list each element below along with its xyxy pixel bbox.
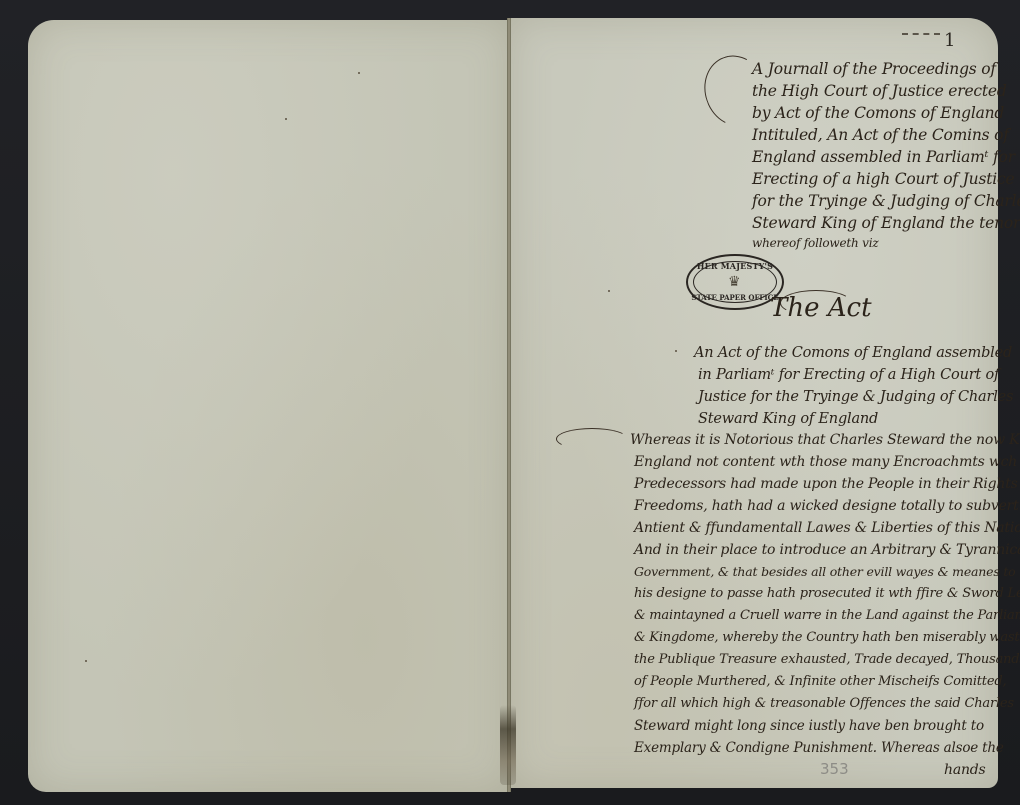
body-line: England not content wth those many Encro… <box>634 454 1020 470</box>
body-line: ffor all which high & treasonable Offenc… <box>634 696 1014 711</box>
body-line: Steward might long since iustly have ben… <box>634 718 984 734</box>
act-heading: The Act <box>770 293 872 323</box>
body-line: Government, & that besides all other evi… <box>634 564 1020 579</box>
title-line: the High Court of Justice erected <box>752 82 1007 100</box>
spine-damage <box>500 705 516 785</box>
paper-speck <box>675 350 677 352</box>
book-spine-gutter <box>507 18 511 792</box>
body-line: & Kingdome, whereby the Country hath ben… <box>634 630 1020 645</box>
act-title-line: An Act of the Comons of England assemble… <box>694 345 1012 361</box>
body-line: Freedoms, hath had a wicked designe tota… <box>634 498 1020 514</box>
body-line: the Publique Treasure exhausted, Trade d… <box>634 652 1020 667</box>
paper-speck <box>608 290 610 292</box>
whereas-flourish <box>556 428 628 450</box>
stamp-top-text: HER MAJESTY'S <box>688 261 782 271</box>
title-line: Steward King of England the tenor <box>752 214 1020 232</box>
body-line: Predecessors had made upon the People in… <box>634 476 1020 492</box>
archive-pencil-number: 353 <box>820 760 849 778</box>
title-line: Intituled, An Act of the Comins of <box>752 126 1009 144</box>
body-line: Antient & ffundamentall Lawes & Libertie… <box>634 520 1020 536</box>
folio-dash-mark <box>902 33 940 35</box>
stamp-bottom-text: STATE PAPER OFFICE <box>688 293 782 302</box>
act-title-line: Steward King of England <box>698 411 878 427</box>
title-line: Erecting of a high Court of Justice <box>752 170 1014 188</box>
title-line: by Act of the Comons of England <box>752 104 1004 122</box>
act-title-line: Justice for the Tryinge & Judging of Cha… <box>698 389 1013 405</box>
body-line: of People Murthered, & Infinite other Mi… <box>634 674 1006 689</box>
body-line: Exemplary & Condigne Punishment. Whereas… <box>634 740 1004 756</box>
paper-speck <box>85 660 87 662</box>
paper-speck <box>285 118 287 120</box>
title-line: England assembled in Parliamᵗ for <box>752 148 1015 166</box>
title-line: A Journall of the Proceedings of <box>752 60 996 78</box>
paper-speck <box>358 72 360 74</box>
crown-icon: ♛ <box>728 274 741 290</box>
left-page-blank <box>28 20 510 792</box>
folio-number: 1 <box>944 30 955 51</box>
act-title-line: in Parliamᵗ for Erecting of a High Court… <box>698 367 999 383</box>
title-line: for the Tryinge & Judging of Charles <box>752 192 1020 210</box>
body-line: & maintayned a Cruell warre in the Land … <box>634 608 1020 623</box>
catchword: hands <box>944 762 986 778</box>
body-line: his designe to passe hath prosecuted it … <box>634 586 1020 601</box>
body-line: Whereas it is Notorious that Charles Ste… <box>630 432 1020 448</box>
body-line: And in their place to introduce an Arbit… <box>634 542 1020 558</box>
title-line: whereof followeth viz <box>752 236 878 250</box>
